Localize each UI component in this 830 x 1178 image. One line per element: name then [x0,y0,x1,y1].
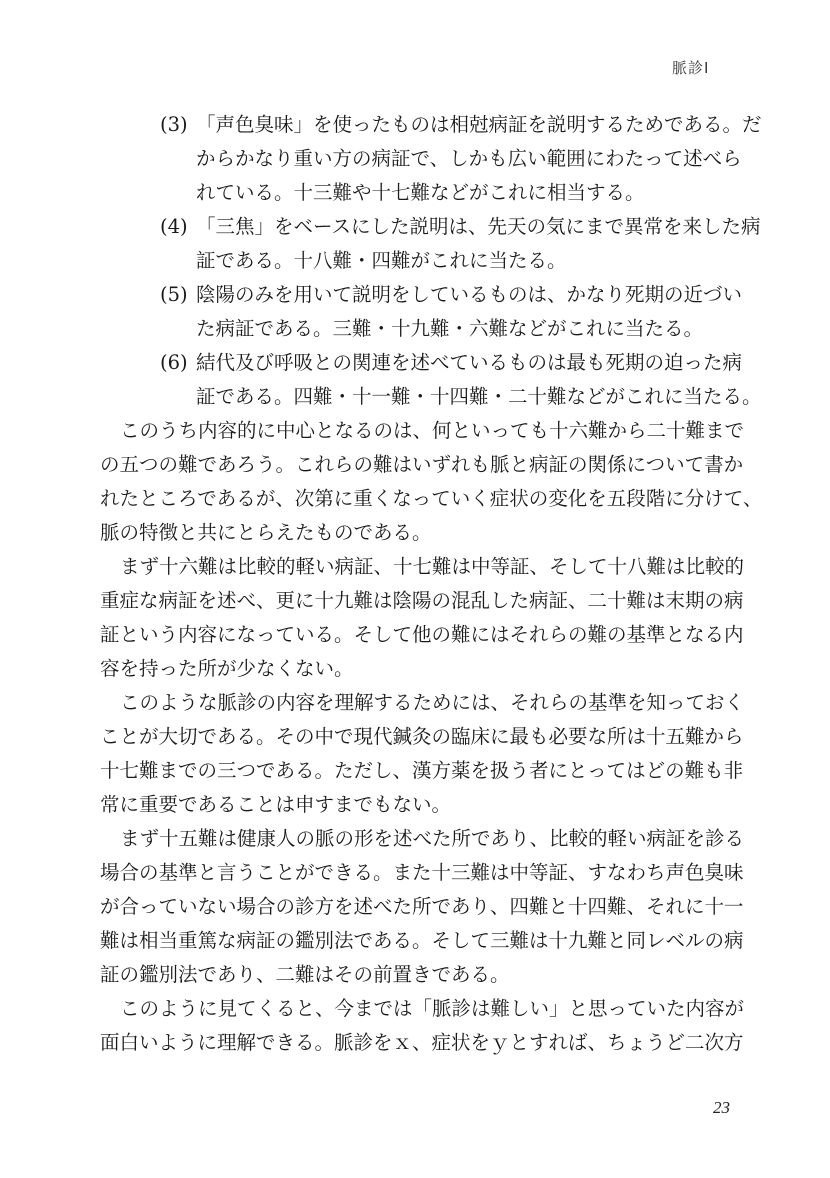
text-line: このような脈診の内容を理解するためには、それらの基準を知っておく [100,686,780,720]
text-line: ことが大切である。その中で現代鍼灸の臨床に最も必要な所は十五難から [100,720,780,754]
text-line: 「三焦」をベースにした説明は、先天の気にまで異常を来した病 [196,210,780,244]
text-line: た病証である。三難・十九難・六難などがこれに当たる。 [196,312,780,346]
text-line: れている。十三難や十七難などがこれに相当する。 [196,176,780,210]
text-line: の五つの難であろう。これらの難はいずれも脈と病証の関係について書か [100,448,780,482]
text-line: 十七難までの三つである。ただし、漢方薬を扱う者にとってはどの難も非 [100,754,780,788]
paragraph: このような脈診の内容を理解するためには、それらの基準を知っておく ことが大切であ… [100,686,780,822]
text-line: 証である。四難・十一難・十四難・二十難などがこれに当たる。 [196,380,780,414]
list-number: (4) [160,210,188,244]
text-line: 陰陽のみを用いて説明をしているものは、かなり死期の近づい [196,278,780,312]
text-line: 難は相当重篤な病証の鑑別法である。そして三難は十九難と同レベルの病 [100,924,780,958]
paragraph: まず十六難は比較的軽い病証、十七難は中等証、そして十八難は比較的 重症な病証を述… [100,550,780,686]
paragraph: このように見てくると、今までは「脈診は難しい」と思っていた内容が 面白いように理… [100,992,780,1060]
list-number: (6) [160,346,188,380]
text-line: このように見てくると、今までは「脈診は難しい」と思っていた内容が [100,992,780,1026]
text-line: まず十六難は比較的軽い病証、十七難は中等証、そして十八難は比較的 [100,550,780,584]
paragraph: このうち内容的に中心となるのは、何といっても十六難から二十難まで の五つの難であ… [100,414,780,550]
text-line: が合っていない場合の診方を述べた所であり、四難と十四難、それに十一 [100,890,780,924]
list-number: (3) [160,108,188,142]
text-line: このうち内容的に中心となるのは、何といっても十六難から二十難まで [100,414,780,448]
text-line: 常に重要であることは申すまでもない。 [100,788,780,822]
text-line: まず十五難は健康人の脈の形を述べた所であり、比較的軽い病証を診る [100,822,780,856]
text-line: れたところであるが、次第に重くなっていく症状の変化を五段階に分けて、 [100,482,780,516]
paragraph: まず十五難は健康人の脈の形を述べた所であり、比較的軽い病証を診る 場合の基準と言… [100,822,780,992]
running-head: 脈診Ⅰ [672,57,709,78]
text-line: からかなり重い方の病証で、しかも広い範囲にわたって述べら [196,142,780,176]
text-line: 証である。十八難・四難がこれに当たる。 [196,244,780,278]
page-body: (3) 「声色臭味」を使ったものは相尅病証を説明するためである。だ からかなり重… [100,108,780,1060]
list-item-4: (4) 「三焦」をベースにした説明は、先天の気にまで異常を来した病 証である。十… [100,210,780,278]
list-number: (5) [160,278,188,312]
list-item-3: (3) 「声色臭味」を使ったものは相尅病証を説明するためである。だ からかなり重… [100,108,780,210]
page-number: 23 [713,1098,730,1118]
text-line: 容を持った所が少なくない。 [100,652,780,686]
text-line: 証という内容になっている。そして他の難にはそれらの難の基準となる内 [100,618,780,652]
list-item-5: (5) 陰陽のみを用いて説明をしているものは、かなり死期の近づい た病証である。… [100,278,780,346]
text-line: 証の鑑別法であり、二難はその前置きである。 [100,958,780,992]
text-line: 脈の特徴と共にとらえたものである。 [100,516,780,550]
text-line: 面白いように理解できる。脈診をｘ、症状をｙとすれば、ちょうど二次方 [100,1026,780,1060]
text-line: 結代及び呼吸との関連を述べているものは最も死期の迫った病 [196,346,780,380]
text-line: 場合の基準と言うことができる。また十三難は中等証、すなわち声色臭味 [100,856,780,890]
text-line: 「声色臭味」を使ったものは相尅病証を説明するためである。だ [196,108,780,142]
list-item-6: (6) 結代及び呼吸との関連を述べているものは最も死期の迫った病 証である。四難… [100,346,780,414]
text-line: 重症な病証を述べ、更に十九難は陰陽の混乱した病証、二十難は末期の病 [100,584,780,618]
